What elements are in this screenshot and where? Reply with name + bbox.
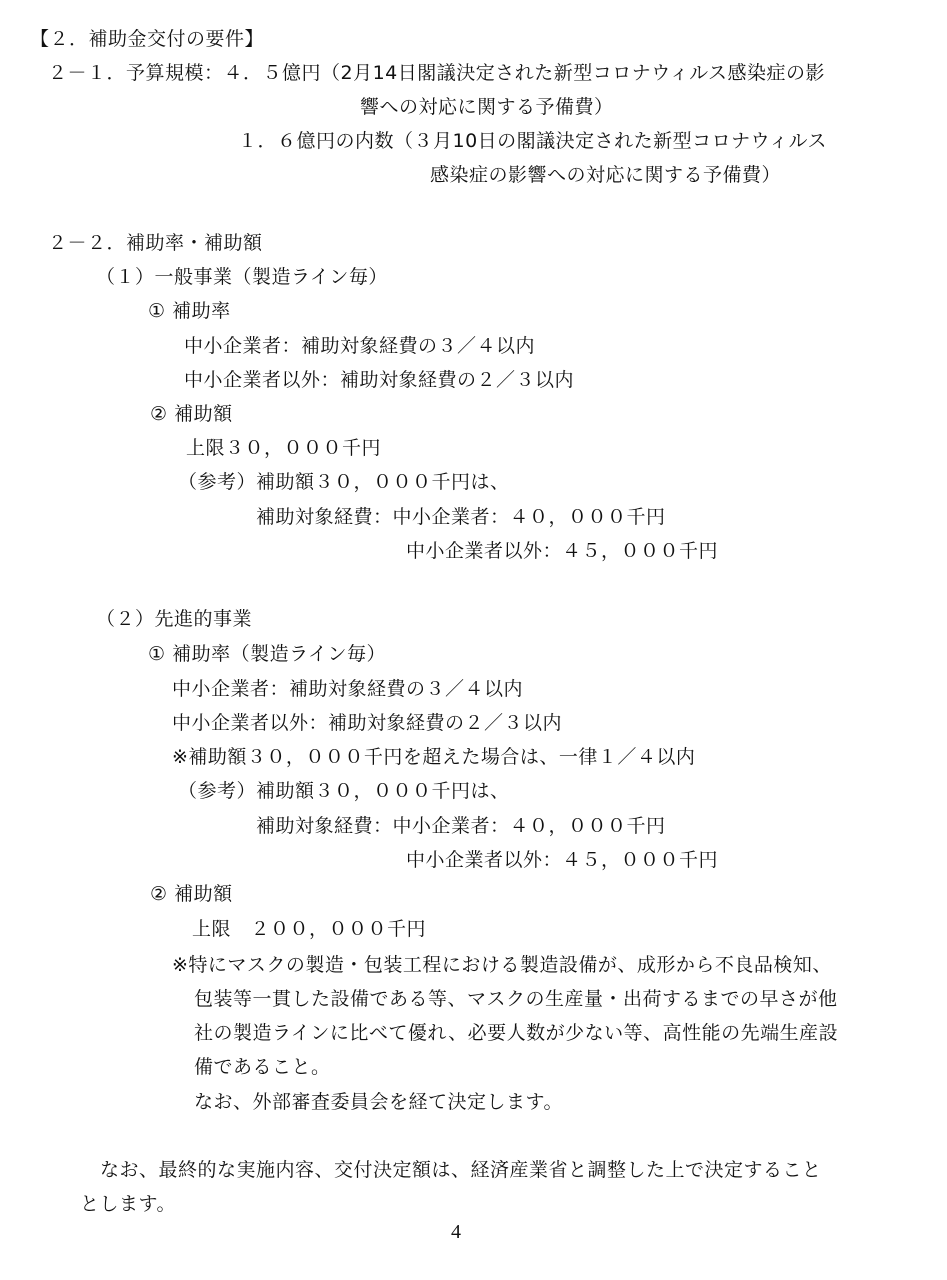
general-reference-sme: 補助対象経費：中小企業者：４０，０００千円 [256,505,666,529]
advanced-rate-sme: 中小企業者：補助対象経費の３／４以内 [172,677,523,701]
budget-heading: ２－１．予算規模：４．５億円（2月14日閣議決定された新型コロナウィルス感染症の… [48,61,825,85]
general-reference: （参考）補助額３０，０００千円は、 [178,470,510,494]
advanced-special-note: 包装等一貫した設備である等、マスクの生産量・出荷するまでの早さが他 [194,987,838,1011]
advanced-amount-heading: ② 補助額 [150,882,233,906]
section-title: 【２．補助金交付の要件】 [30,27,264,51]
budget-line: １．６億円の内数（３月10日の閣議決定された新型コロナウィルス [238,129,827,153]
closing-paragraph: とします。 [80,1192,176,1216]
general-rate-non-sme: 中小企業者以外：補助対象経費の２／３以内 [184,368,574,392]
budget-line: 響への対応に関する予備費） [360,95,614,119]
advanced-amount-cap: 上限 ２００，０００千円 [192,917,426,941]
general-reference-non-sme: 中小企業者以外：４５，０００千円 [406,539,718,563]
closing-paragraph: なお、最終的な実施内容、交付決定額は、経済産業省と調整した上で決定すること [100,1158,822,1182]
general-heading: （１）一般事業（製造ライン毎） [96,265,388,289]
general-rate-heading: ① 補助率 [148,299,231,323]
advanced-decision-note: なお、外部審査委員会を経て決定します。 [194,1090,563,1114]
advanced-special-note: 社の製造ラインに比べて優れ、必要人数が少ない等、高性能の先端生産設 [194,1021,838,1045]
budget-line: 感染症の影響への対応に関する予備費） [430,163,781,187]
page-number: 4 [451,1220,461,1244]
advanced-heading: （２）先進的事業 [96,607,252,631]
general-amount-heading: ② 補助額 [150,402,233,426]
advanced-reference: （参考）補助額３０，０００千円は、 [178,779,510,803]
advanced-rate-note: ※補助額３０，０００千円を超えた場合は、一律１／４以内 [172,745,695,769]
document-page: 【２．補助金交付の要件】 ２－１．予算規模：４．５億円（2月14日閣議決定された… [0,0,947,1280]
advanced-special-note: ※特にマスクの製造・包装工程における製造設備が、成形から不良品検知、 [172,953,832,977]
general-rate-sme: 中小企業者：補助対象経費の３／４以内 [184,334,535,358]
advanced-rate-heading: ① 補助率（製造ライン毎） [148,642,386,666]
advanced-reference-non-sme: 中小企業者以外：４５，０００千円 [406,848,718,872]
advanced-rate-non-sme: 中小企業者以外：補助対象経費の２／３以内 [172,711,562,735]
general-amount-cap: 上限３０，０００千円 [186,436,381,460]
advanced-special-note: 備であること。 [194,1055,331,1079]
advanced-reference-sme: 補助対象経費：中小企業者：４０，０００千円 [256,814,666,838]
rates-heading: ２－２．補助率・補助額 [48,231,263,255]
